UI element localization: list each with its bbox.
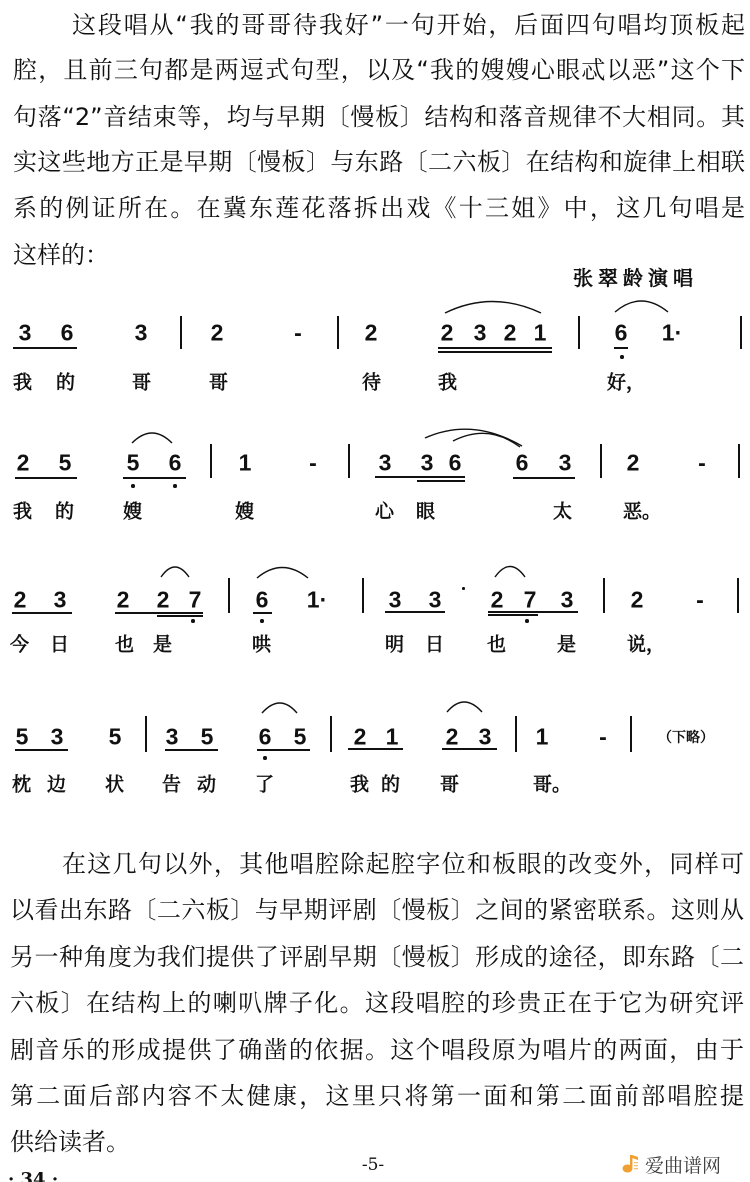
slur [445, 302, 541, 314]
underline-double [488, 614, 538, 616]
lyric: 也 [487, 636, 506, 655]
note: 6 [615, 322, 628, 345]
lyric: 的 [55, 503, 74, 522]
slur [132, 433, 172, 443]
bar-line [337, 316, 339, 349]
bar-line [210, 444, 212, 478]
lyric: 边 [47, 776, 66, 795]
note: 3 [379, 452, 392, 475]
lyric: 的 [381, 776, 400, 795]
note: 5 [127, 452, 140, 475]
note-dash: - [294, 322, 302, 345]
note: 2 [354, 726, 367, 749]
note: 3 [389, 589, 402, 612]
underline [488, 611, 578, 613]
note: 7 [524, 589, 537, 612]
lyric: 待 [362, 374, 381, 393]
note: 2 [446, 726, 459, 749]
note: 6 [256, 589, 269, 612]
low-octave-dot [260, 619, 264, 623]
lyric: 状 [105, 776, 124, 795]
slur [453, 433, 520, 447]
note: 3 [479, 726, 492, 749]
underline [253, 612, 272, 614]
low-octave-dot [525, 619, 529, 623]
underline [15, 477, 77, 479]
lyric: 好， [607, 374, 645, 393]
paragraph-line: 六板〕在结构上的喇叭牌子化。这段唱腔的珍贵正在于它为研究评 [10, 988, 744, 1018]
note: 3 [559, 452, 572, 475]
paragraph-line: 剧音乐的形成提供了确凿的依据。这个唱段原为唱片的两面，由于 [10, 1035, 744, 1065]
note: 3 [561, 589, 574, 612]
note-dotted: 1· [662, 322, 682, 345]
bar-line [330, 716, 332, 752]
lyric: 说， [627, 636, 665, 655]
note: 2 [14, 589, 27, 612]
bar-line [145, 716, 147, 752]
page-number-left: · 34 · [8, 1169, 58, 1182]
slur [257, 568, 308, 579]
underline [115, 612, 203, 614]
note: 5 [109, 726, 122, 749]
underline [442, 748, 497, 750]
note: 3 [429, 589, 442, 612]
note: 6 [259, 726, 272, 749]
stray-dot-mark [462, 587, 465, 590]
note: 3 [474, 322, 487, 345]
underline-double [157, 615, 203, 617]
note-dash: - [309, 452, 317, 475]
low-octave-dot [263, 756, 267, 760]
slur [495, 567, 525, 578]
note-dash: - [599, 726, 607, 749]
lyric: 是 [153, 636, 172, 655]
paragraph-line: 句落“2”音结束等，均与早期〔慢板〕结构和落音规律不大相同。其 [13, 102, 745, 132]
note: 5 [294, 726, 307, 749]
performer-credit: 张翠龄演唱 [573, 266, 698, 290]
slur [425, 429, 522, 446]
underline [13, 347, 77, 349]
lyric: 了 [255, 776, 274, 795]
lyric: 我 [350, 776, 369, 795]
note: 3 [19, 322, 32, 345]
note-dash: - [696, 589, 704, 612]
bar-line [630, 716, 632, 752]
page-number-center: -5- [362, 1155, 384, 1175]
low-octave-dot [173, 484, 177, 488]
note: 5 [16, 726, 29, 749]
note: 2 [631, 589, 644, 612]
underline [438, 347, 552, 349]
bar-line [228, 578, 230, 613]
low-octave-dot [191, 619, 195, 623]
lyric: 哥 [209, 374, 228, 393]
lyric: 我 [13, 374, 32, 393]
underline [614, 347, 628, 349]
underline [348, 748, 403, 750]
note-dash: - [698, 452, 706, 475]
paragraph-line: 这段唱从“我的哥哥待我好”一句开始，后面四句唱均顶板起 [72, 10, 745, 40]
lyric: 我 [438, 374, 457, 393]
bar-line [515, 716, 517, 752]
bar-line [740, 316, 742, 349]
note: 6 [516, 452, 529, 475]
note: 6 [449, 452, 462, 475]
slur [161, 567, 189, 577]
lyric: 今 [10, 636, 29, 655]
lyric: 哥。 [533, 776, 571, 795]
lyric: 太 [553, 503, 572, 522]
lyric: 恶。 [623, 503, 661, 522]
paragraph-line: 以看出东路〔二六板〕与早期评剧〔慢板〕之间的紧密联系。这则从 [10, 895, 744, 925]
bar-line [348, 444, 350, 478]
note: 2 [17, 452, 30, 475]
bar-line [600, 444, 602, 478]
bar-line [738, 444, 740, 478]
note: 2 [491, 589, 504, 612]
underline [12, 612, 72, 614]
note: 2 [441, 322, 454, 345]
lyric: 告 [162, 776, 181, 795]
note: 6 [61, 322, 74, 345]
underline-double [417, 480, 465, 482]
note: 1 [536, 726, 549, 749]
note-dotted: 1· [307, 589, 327, 612]
lyric: 眼 [416, 503, 435, 522]
underline [513, 477, 575, 479]
bar-line [180, 316, 182, 349]
lyric: 嫂 [123, 503, 142, 522]
note: 2 [157, 589, 170, 612]
lyric: 是 [557, 636, 576, 655]
note: 2 [117, 589, 130, 612]
lyric: 日 [50, 636, 69, 655]
lyric: 日 [425, 636, 444, 655]
paragraph-line: 第二面后部内容不太健康，这里只将第一面和第二面前部唱腔提 [10, 1081, 744, 1111]
paragraph-line: 腔，且前三句都是两逗式句型，以及“我的嫂嫂心眼忒以恶”这个下 [13, 55, 745, 85]
lyric: 哥 [132, 374, 151, 393]
underline [385, 611, 445, 613]
underline [123, 477, 186, 479]
paragraph-line: 实这些地方正是早期〔慢板〕与东路〔二六板〕在结构和旋律上相联 [13, 147, 745, 177]
lyric: 动 [197, 776, 216, 795]
note: 3 [166, 726, 179, 749]
note: 6 [169, 452, 182, 475]
lyric: 也 [115, 636, 134, 655]
underline [165, 749, 218, 751]
note: 2 [504, 322, 517, 345]
low-octave-dot [131, 484, 135, 488]
lyric: 的 [56, 374, 75, 393]
paragraph-line: 在这几句以外，其他唱腔除起腔字位和板眼的改变外，同样可 [62, 849, 744, 879]
bar-line [362, 578, 364, 613]
slur [262, 703, 297, 713]
lyric: 哄 [252, 636, 271, 655]
note: 5 [59, 452, 72, 475]
note: 2 [211, 322, 224, 345]
underline [257, 749, 310, 751]
underline-double [438, 351, 552, 353]
note: 3 [421, 452, 434, 475]
lyric: 心 [375, 503, 394, 522]
paragraph-line: 另一种角度为我们提供了评剧早期〔慢板〕形成的途径，即东路〔二 [10, 942, 744, 972]
music-note-icon [621, 1154, 639, 1178]
watermark-text: 爱曲谱网 [645, 1155, 721, 1177]
note: 1 [534, 322, 547, 345]
underline [15, 749, 68, 751]
watermark: 爱曲谱网 [621, 1155, 721, 1177]
note: 2 [365, 322, 378, 345]
note: 2 [627, 452, 640, 475]
note: 7 [189, 589, 202, 612]
lyric: 明 [385, 636, 404, 655]
paragraph-line: 供给读者。 [10, 1127, 744, 1157]
paragraph-line: 系的例证所在。在冀东莲花落拆出戏《十三姐》中，这几句唱是 [13, 193, 745, 223]
bar-line [737, 578, 739, 613]
note: 3 [54, 589, 67, 612]
lyric: 嫂 [235, 503, 254, 522]
lyric: 我 [13, 503, 32, 522]
bar-line [603, 578, 605, 613]
lyric: 哥 [440, 776, 459, 795]
note: 3 [135, 322, 148, 345]
low-octave-dot [620, 355, 624, 359]
slur [615, 301, 668, 312]
note: 3 [51, 726, 64, 749]
note: 1 [239, 452, 252, 475]
bar-line [578, 316, 580, 349]
slur [447, 702, 482, 712]
underline [375, 476, 465, 478]
note: 1 [386, 726, 399, 749]
lyric: 枕 [12, 776, 31, 795]
omitted-annotation: （下略） [658, 727, 714, 747]
note: 5 [201, 726, 214, 749]
